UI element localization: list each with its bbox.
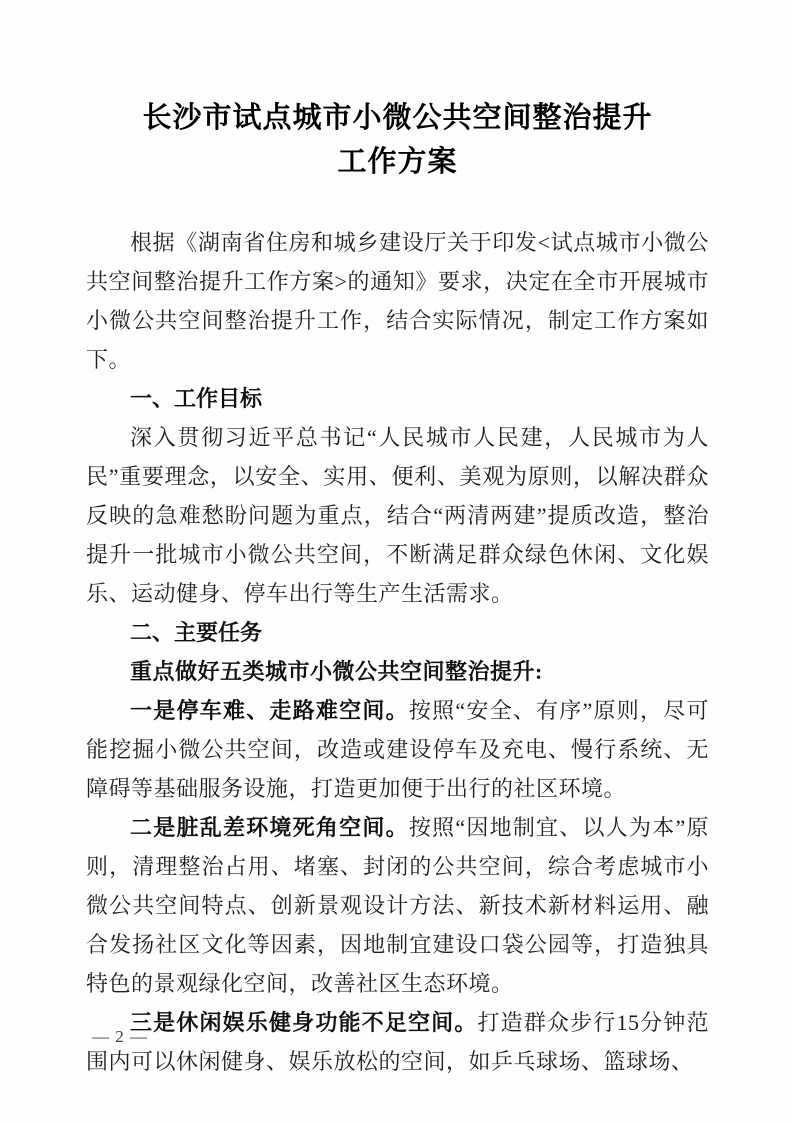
document-body: 根据《湖南省住房和城乡建设厅关于印发<试点城市小微公共空间整治提升工作方案>的通… (86, 223, 709, 1081)
task-3-paragraph: 三是休闲娱乐健身功能不足空间。打造群众步行15分钟范围内可以休闲健身、娱乐放松的… (86, 1003, 709, 1081)
task-2-paragraph: 二是脏乱差环境死角空间。按照“因地制宜、以人为本”原则，清理整治占用、堵塞、封闭… (86, 808, 709, 1003)
goal-paragraph: 深入贯彻习近平总书记“人民城市人民建，人民城市为人民”重要理念，以安全、实用、便… (86, 418, 709, 613)
task-1-paragraph: 一是停车难、走路难空间。按照“安全、有序”原则，尽可能挖掘小微公共空间，改造或建… (86, 691, 709, 808)
document-title: 长沙市试点城市小微公共空间整治提升 工作方案 (86, 96, 709, 184)
section-heading-work-goal: 一、工作目标 (86, 379, 709, 418)
section-heading-main-tasks: 二、主要任务 (86, 613, 709, 652)
tasks-summary-line: 重点做好五类城市小微公共空间整治提升: (86, 652, 709, 691)
task-2-text: 按照“因地制宜、以人为本”原则，清理整治占用、堵塞、封闭的公共空间，综合考虑城市… (86, 815, 709, 996)
title-line-2: 工作方案 (86, 140, 709, 184)
task-3-lead: 三是休闲娱乐健身功能不足空间。 (130, 1010, 477, 1035)
document-content: 长沙市试点城市小微公共空间整治提升 工作方案 根据《湖南省住房和城乡建设厅关于印… (86, 0, 709, 1081)
task-2-lead: 二是脏乱差环境死角空间。 (130, 815, 409, 840)
intro-paragraph: 根据《湖南省住房和城乡建设厅关于印发<试点城市小微公共空间整治提升工作方案>的通… (86, 223, 709, 379)
title-line-1: 长沙市试点城市小微公共空间整治提升 (86, 96, 709, 140)
task-1-lead: 一是停车难、走路难空间。 (130, 698, 409, 723)
document-page: 长沙市试点城市小微公共空间整治提升 工作方案 根据《湖南省住房和城乡建设厅关于印… (0, 0, 793, 1122)
page-number: — 2 — (92, 1026, 148, 1048)
